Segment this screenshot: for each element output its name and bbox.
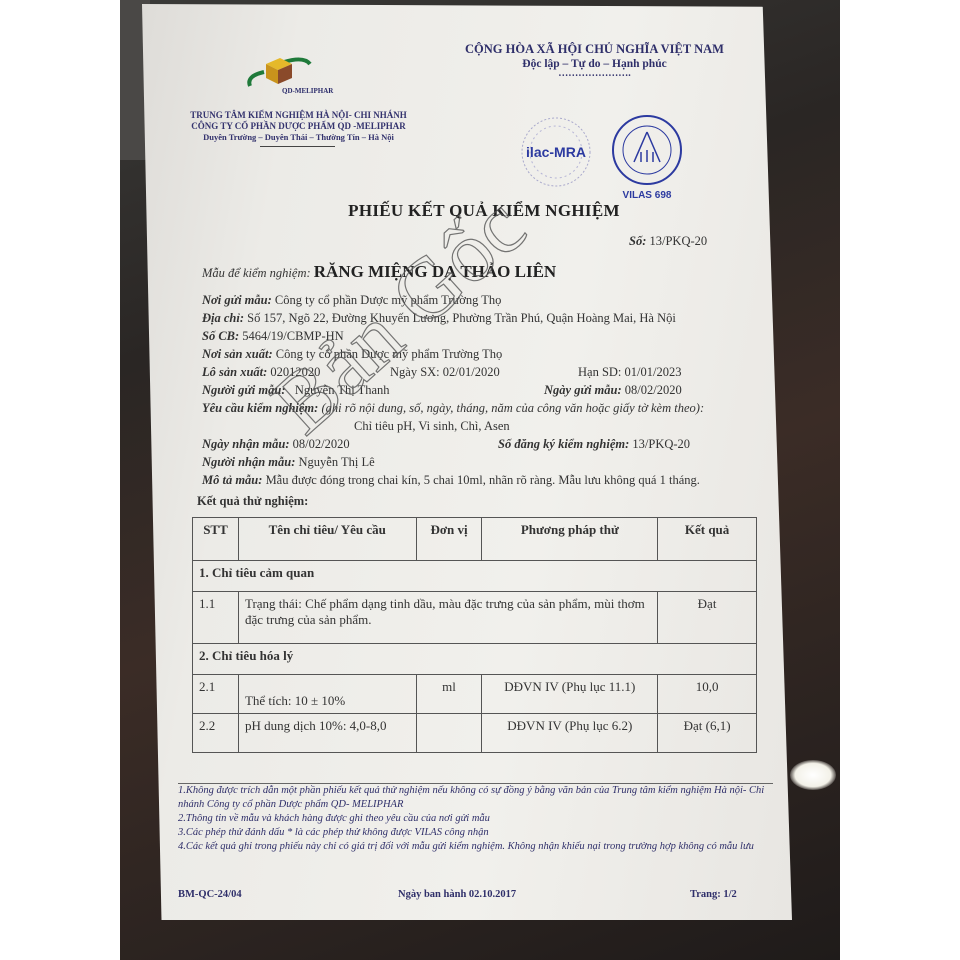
cell-method: DĐVN IV (Phụ lục 11.1) <box>482 675 658 714</box>
svg-text:VILAS 698: VILAS 698 <box>623 190 672 201</box>
cell-name: pH dung dịch 10%: 4,0-8,0 <box>238 714 416 753</box>
light-reflection <box>790 760 836 790</box>
photo: QD-MELIPHAR TRUNG TÂM KIỂM NGHIỆM HÀ NỘI… <box>120 0 840 960</box>
results-label: Kết quả thử nghiệm: <box>197 494 308 509</box>
note-2: 2.Thông tin về mẫu và khách hàng được gh… <box>178 812 778 826</box>
svg-text:QD-MELIPHAR: QD-MELIPHAR <box>282 87 334 95</box>
section-title: 2. Chỉ tiêu hóa lý <box>193 644 757 675</box>
request-detail: Chỉ tiêu pH, Vi sinh, Chì, Asen <box>354 419 510 434</box>
org-address: Duyên Trường – Duyên Thái – Thường Tín –… <box>166 132 431 143</box>
table-row: 2.1 Thể tích: 10 ± 10% ml DĐVN IV (Phụ l… <box>193 675 757 714</box>
header-method: Phương pháp thử <box>482 518 658 561</box>
note-4: 4.Các kết quả ghi trong phiếu này chỉ có… <box>178 840 778 854</box>
header-result: Kết quả <box>658 518 757 561</box>
cell-stt: 1.1 <box>193 592 239 644</box>
cell-name: Thể tích: 10 ± 10% <box>238 675 416 714</box>
header-stt: STT <box>193 518 239 561</box>
org-name-line-1: TRUNG TÂM KIỂM NGHIỆM HÀ NỘI- CHI NHÁNH <box>166 110 431 121</box>
section-title: 1. Chỉ tiêu cảm quan <box>193 561 757 592</box>
republic-heading: CỘNG HÒA XÃ HỘI CHỦ NGHĨA VIỆT NAM <box>432 42 757 57</box>
divider <box>260 146 335 147</box>
cell-result: Đạt (6,1) <box>658 714 757 753</box>
expiry-field: Hạn SD: 01/01/2023 <box>578 365 681 380</box>
document-number: Số: 13/PKQ-20 <box>629 234 707 249</box>
cell-name: Trạng thái: Chế phẩm dạng tinh dầu, màu … <box>238 592 657 644</box>
table-row: 1.1 Trạng thái: Chế phẩm dạng tinh dầu, … <box>193 592 757 644</box>
table-section-row: 1. Chỉ tiêu cảm quan <box>193 561 757 592</box>
cell-result: Đạt <box>658 592 757 644</box>
table-header-row: STT Tên chỉ tiêu/ Yêu cầu Đơn vị Phương … <box>193 518 757 561</box>
send-date-field: Ngày gửi mẫu: 08/02/2020 <box>544 383 682 398</box>
cell-method: DĐVN IV (Phụ lục 6.2) <box>482 714 658 753</box>
cell-stt: 2.1 <box>193 675 239 714</box>
cell-unit <box>416 714 482 753</box>
cell-stt: 2.2 <box>193 714 239 753</box>
boa-accreditation-icon: VILAS 698 <box>604 112 690 202</box>
document-page: QD-MELIPHAR TRUNG TÂM KIỂM NGHIỆM HÀ NỘI… <box>142 4 792 920</box>
cell-unit: ml <box>416 675 482 714</box>
table-section-row: 2. Chỉ tiêu hóa lý <box>193 644 757 675</box>
issue-date: Ngày ban hành 02.10.2017 <box>398 889 516 900</box>
header-name: Tên chỉ tiêu/ Yêu cầu <box>238 518 416 561</box>
org-name-line-2: CÔNG TY CỔ PHẦN DƯỢC PHẨM QD -MELIPHAR <box>166 121 431 132</box>
note-3: 3.Các phép thử đánh dấu * là các phép th… <box>178 826 778 840</box>
qd-meliphar-logo-icon: QD-MELIPHAR <box>244 52 334 96</box>
table-row: 2.2 pH dung dịch 10%: 4,0-8,0 DĐVN IV (P… <box>193 714 757 753</box>
notes: 1.Không được trích dẫn một phần phiếu kế… <box>178 784 778 854</box>
note-1: 1.Không được trích dẫn một phần phiếu kế… <box>178 784 778 812</box>
description-field: Mô tả mẫu: Mẫu được đóng trong chai kín,… <box>202 473 700 488</box>
registration-field: Số đăng ký kiểm nghiệm: 13/PKQ-20 <box>498 437 690 452</box>
cell-result: 10,0 <box>658 675 757 714</box>
motto-rule: …………………. <box>432 68 757 79</box>
header-unit: Đơn vị <box>416 518 482 561</box>
results-table: STT Tên chỉ tiêu/ Yêu cầu Đơn vị Phương … <box>192 517 757 753</box>
ilac-mra-icon: ilac-MRA <box>514 114 598 190</box>
svg-text:ilac-MRA: ilac-MRA <box>526 144 586 160</box>
receiver-field: Người nhận mẫu: Nguyễn Thị Lê <box>202 455 375 470</box>
form-code: BM-QC-24/04 <box>178 889 242 900</box>
page-number: Trang: 1/2 <box>690 889 737 900</box>
